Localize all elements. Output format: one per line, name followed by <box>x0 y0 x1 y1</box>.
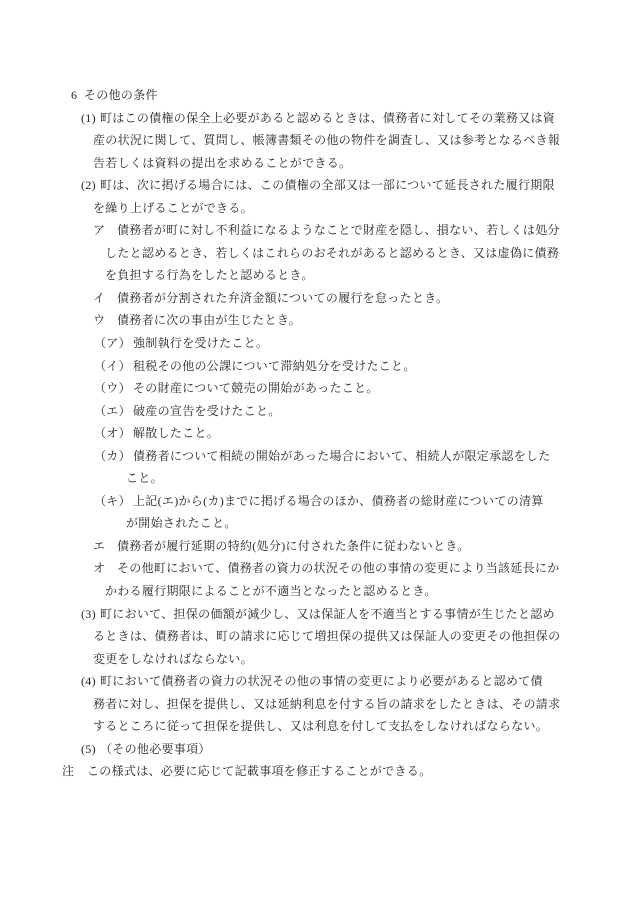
line-text: 告若しくは資料の提出を求めることができる。 <box>93 152 351 175</box>
line-text: 務者に対し、担保を提供し、又は延納利息を付する旨の請求をしたときは、その請求 <box>93 693 560 716</box>
list-marker: （オ） <box>94 422 133 445</box>
document-line: 注この様式は、必要に応じて記載事項を修正することができる。 <box>0 760 630 783</box>
list-marker: (5) <box>81 738 100 761</box>
line-text: 解散したこと。 <box>133 422 219 445</box>
document-line: るときは、債務者は、町の請求に応じて増担保の提供又は保証人の変更その他担保の <box>0 625 630 648</box>
line-text: 町において債務者の資力の状況その他の事情の変更により必要があると認めて債 <box>100 670 543 693</box>
line-text: 町はこの債権の保全上必要があると認めるときは、債務者に対してその業務又は資 <box>100 107 555 130</box>
document-line: したと認めるとき、若しくはこれらのおそれがあると認めるとき、又は虚偽に債務 <box>0 242 630 265</box>
document-line: ウ債務者に次の事由が生じたとき。 <box>0 309 630 332</box>
line-text: 債務者について相続の開始があった場合において、相続人が限定承認をした <box>133 445 551 468</box>
document-line: を繰り上げることができる。 <box>0 197 630 220</box>
line-text: 産の状況に関して、質問し、帳簿書類その他の物件を調査し、又は参考となるべき報 <box>93 129 560 152</box>
document-line: かわる履行期限によることが不適当となったと認めるとき。 <box>0 580 630 603</box>
document-line: エ債務者が履行延期の特約(処分)に付された条件に従わないとき。 <box>0 535 630 558</box>
document-line: （カ）債務者について相続の開始があった場合において、相続人が限定承認をした <box>0 445 630 468</box>
line-text: 町は、次に掲げる場合には、この債権の全部又は一部について延長された履行期限 <box>100 174 555 197</box>
list-marker: （ウ） <box>94 377 133 400</box>
document-line: （ア）強制執行を受けたこと。 <box>0 332 630 355</box>
list-marker: ウ <box>93 309 117 332</box>
line-text: するところに従って担保を提供し、又は利息を付して支払をしなければならない。 <box>93 715 548 738</box>
line-text: を繰り上げることができる。 <box>93 197 253 220</box>
document-line: ア債務者が町に対し不利益になるようなことで財産を隠し、損ない、若しくは処分 <box>0 219 630 242</box>
line-text: 上記(エ)から(カ)までに掲げる場合のほか、債務者の総財産についての清算 <box>133 490 544 513</box>
document-line: （キ）上記(エ)から(カ)までに掲げる場合のほか、債務者の総財産についての清算 <box>0 490 630 513</box>
line-text: 破産の宣告を受けたこと。 <box>133 400 281 423</box>
line-text: 債務者が町に対し不利益になるようなことで財産を隠し、損ない、若しくは処分 <box>117 219 560 242</box>
line-text: かわる履行期限によることが不適当となったと認めるとき。 <box>105 580 437 603</box>
document-line: (3)町において、担保の価額が減少し、又は保証人を不適当とする事情が生じたと認め <box>0 603 630 626</box>
line-text: この様式は、必要に応じて記載事項を修正することができる。 <box>87 760 431 783</box>
line-text: るときは、債務者は、町の請求に応じて増担保の提供又は保証人の変更その他担保の <box>93 625 560 648</box>
document-line: （オ）解散したこと。 <box>0 422 630 445</box>
list-marker: エ <box>93 535 117 558</box>
list-marker: (3) <box>81 603 100 626</box>
list-marker: （エ） <box>94 400 133 423</box>
line-text: その他の条件 <box>84 84 158 107</box>
list-marker: (2) <box>81 174 100 197</box>
document-line: （ウ）その財産について競売の開始があったこと。 <box>0 377 630 400</box>
document-line: 変更をしなければならない。 <box>0 648 630 671</box>
document-line: （イ）租税その他の公課について滞納処分を受けたこと。 <box>0 355 630 378</box>
document-line: 6その他の条件 <box>0 84 630 107</box>
line-text: を負担する行為をしたと認めるとき。 <box>105 264 314 287</box>
line-text: 債務者に次の事由が生じたとき。 <box>117 309 301 332</box>
line-text: 変更をしなければならない。 <box>93 648 253 671</box>
line-text: その他町において、債務者の資力の状況その他の事情の変更により当該延長にか <box>117 557 560 580</box>
list-marker: 注 <box>62 760 87 783</box>
line-text: （その他必要事項） <box>100 738 211 761</box>
document-line: を負担する行為をしたと認めるとき。 <box>0 264 630 287</box>
document-line: 務者に対し、担保を提供し、又は延納利息を付する旨の請求をしたときは、その請求 <box>0 693 630 716</box>
document-line: 産の状況に関して、質問し、帳簿書類その他の物件を調査し、又は参考となるべき報 <box>0 129 630 152</box>
line-text: その財産について競売の開始があったこと。 <box>133 377 379 400</box>
document-line: 告若しくは資料の提出を求めることができる。 <box>0 152 630 175</box>
line-text: こと。 <box>126 467 163 490</box>
document-line: オその他町において、債務者の資力の状況その他の事情の変更により当該延長にか <box>0 557 630 580</box>
list-marker: （ア） <box>94 332 133 355</box>
line-text: が開始されたこと。 <box>126 512 237 535</box>
list-marker: （キ） <box>94 490 133 513</box>
list-marker: ア <box>93 219 117 242</box>
document-line: (4)町において債務者の資力の状況その他の事情の変更により必要があると認めて債 <box>0 670 630 693</box>
list-marker: （カ） <box>94 445 133 468</box>
document-line: （エ）破産の宣告を受けたこと。 <box>0 400 630 423</box>
document-line: (1)町はこの債権の保全上必要があると認めるときは、債務者に対してその業務又は資 <box>0 107 630 130</box>
document-body: 6その他の条件 (1)町はこの債権の保全上必要があると認めるときは、債務者に対し… <box>0 0 630 783</box>
document-line: (2)町は、次に掲げる場合には、この債権の全部又は一部について延長された履行期限 <box>0 174 630 197</box>
list-marker: (4) <box>81 670 100 693</box>
line-text: したと認めるとき、若しくはこれらのおそれがあると認めるとき、又は虚偽に債務 <box>105 242 559 265</box>
list-marker: (1) <box>81 107 100 130</box>
list-marker: イ <box>93 287 117 310</box>
line-text: 債務者が分割された弁済金額についての履行を怠ったとき。 <box>117 287 448 310</box>
line-text: 債務者が履行延期の特約(処分)に付された条件に従わないとき。 <box>117 535 470 558</box>
document-page: 6その他の条件 (1)町はこの債権の保全上必要があると認めるときは、債務者に対し… <box>0 0 630 915</box>
document-line: こと。 <box>0 467 630 490</box>
document-line: が開始されたこと。 <box>0 512 630 535</box>
list-marker: （イ） <box>94 355 133 378</box>
line-text: 強制執行を受けたこと。 <box>133 332 268 355</box>
document-line: (5)（その他必要事項） <box>0 738 630 761</box>
document-line: するところに従って担保を提供し、又は利息を付して支払をしなければならない。 <box>0 715 630 738</box>
line-text: 町において、担保の価額が減少し、又は保証人を不適当とする事情が生じたと認め <box>100 603 555 626</box>
document-line: イ債務者が分割された弁済金額についての履行を怠ったとき。 <box>0 287 630 310</box>
list-marker: オ <box>93 557 117 580</box>
line-text: 租税その他の公課について滞納処分を受けたこと。 <box>133 355 416 378</box>
list-marker: 6 <box>71 84 84 107</box>
